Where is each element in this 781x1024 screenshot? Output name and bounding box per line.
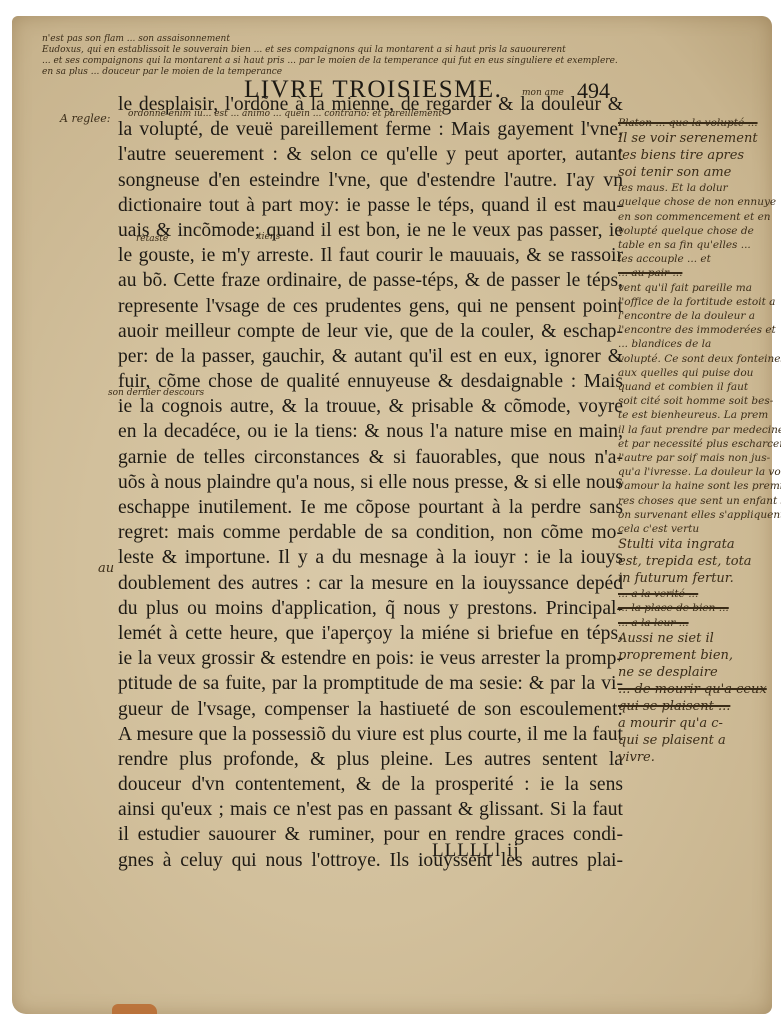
handwritten-note: Stulti vita ingrata [618,536,781,553]
handwritten-note: res choses que sent un enfant si la rais… [618,494,781,508]
text-line: regret: mais comme perdable de sa condit… [118,520,623,545]
text-line: leste & importune. Il y a du mesnage à l… [118,545,623,570]
text-line: lemét à cette heure, que i'aperçoy la mi… [118,621,623,646]
text-line: le gouste, ie m'y arreste. Il faut couri… [118,243,623,268]
handwritten-note: les maus. Et la dolur [618,181,781,195]
handwritten-note: qui se plaisent a [618,732,781,749]
body-text: le desplaisir, l'ordõne à la mienne, de … [118,92,623,873]
handwritten-note: ... a la verité ... [618,587,781,601]
handwritten-note: n'est pas son flam ... son assaisonnemen… [42,34,582,45]
handwritten-note: en son commencement et en [618,210,781,224]
handwritten-note: aux quelles qui puise dou [618,366,781,380]
text-line: auoir meilleur compte de leur vie, que d… [118,319,623,344]
handwritten-note: soi tenir son ame [618,164,781,181]
handwritten-note: les accouple ... et [618,252,781,266]
handwritten-note: in futurum fertur. [618,570,781,587]
handwritten-note: ... de mourir qu'a ceux [618,681,781,698]
text-line: per: de la passer, gauchir, & autant qu'… [118,344,623,369]
handwritten-note: qu'a l'ivresse. La douleur la volupté [618,465,781,479]
handwritten-note: ... et ses compaignons qui la montarent … [42,56,582,67]
text-line: songneuse d'en esteindre l'vne, que d'es… [118,168,623,193]
handwritten-note: ... a la leur ... [618,616,781,630]
handwritten-note: l'amour la haine sont les premie- [618,479,781,493]
text-line: ie la veux grossir & estendre en pois: i… [118,646,623,671]
text-line: ie la cognois autre, & la trouue, & pris… [118,394,623,419]
text-line: du plus ou moins d'application, q̃ nous … [118,596,623,621]
handwritten-note: Aussi ne siet il [618,630,781,647]
handwritten-note: les biens tire apres [618,147,781,164]
book-page: n'est pas son flam ... son assaisonnemen… [12,16,772,1014]
handwritten-note: soit cité soit homme soit bes- [618,394,781,408]
text-line: uõs à nous plaindre qu'a nous, si elle n… [118,470,623,495]
text-line: il estudier sauourer & ruminer, pour en … [118,822,623,847]
text-line: le desplaisir, l'ordõne à la mienne, de … [118,92,623,117]
right-margin-annotations: Platon ... que la volupté ... Il se voir… [618,116,781,766]
handwritten-note: l'encontre de la douleur a [618,309,781,323]
handwritten-note: est, trepida est, tota [618,553,781,570]
handwritten-note: il la faut prendre par medecine [618,423,781,437]
text-line: A mesure que la possessiõ du viure est p… [118,722,623,747]
text-line: la volupté, de veuë pareillement ferme :… [118,117,623,142]
handwritten-note: volupté quelque chose de [618,224,781,238]
handwritten-note: qui se plaisent ... [618,698,781,715]
text-line: fuir, cõme chose de qualité ennuyeuse & … [118,369,623,394]
handwritten-note: cela c'est vertu [618,522,781,536]
text-line: douceur d'vn contentement, & de la prosp… [118,772,623,797]
text-line: en la decadéce, ou ie la tiens: & nous l… [118,419,623,444]
handwritten-note: et par necessité plus escharcement [618,437,781,451]
text-line: gueur de l'vsage, compenser la hastiueté… [118,697,623,722]
handwritten-note: l'autre par soif mais non jus- [618,451,781,465]
handwritten-note: Eudoxus, qui en establissoit le souverai… [42,45,582,56]
text-line: l'autre seuerement : & selon ce qu'elle … [118,142,623,167]
handwritten-note: ... blandices de la [618,337,781,351]
text-line: rendre plus profonde, & plus pleine. Les… [118,747,623,772]
handwritten-note: l'office de la fortitude estoit a [618,295,781,309]
text-line: represente l'vsage de ces prudentes gens… [118,294,623,319]
handwritten-note: volupté. Ce sont deux fonteines [618,352,781,366]
handwritten-note: proprement bien, [618,647,781,664]
handwritten-note: vivre. [618,749,781,766]
text-line: eschappe inutilement. Ie me cõpose pourt… [118,495,623,520]
signature-mark: LLLLLl ij [432,840,520,862]
handwritten-note: ... la place de bien ... [618,601,781,615]
handwritten-note: vent qu'il fait pareille ma [618,281,781,295]
text-line: ptitude de sa fuite, par la promptitude … [118,671,623,696]
handwritten-note: quand et combien il faut [618,380,781,394]
handwritten-note: table en sa fin qu'elles ... [618,238,781,252]
handwritten-note: quelque chose de non ennuye [618,195,781,209]
text-line: garnie de telles circonstances & si fauo… [118,445,623,470]
text-line: uais & incõmode; quand il est bon, ie ne… [118,218,623,243]
text-line: ainsi qu'eux ; mais ce n'est pas en pass… [118,797,623,822]
handwritten-note: Platon ... que la volupté ... [618,116,781,130]
handwritten-note: ne se desplaire [618,664,781,681]
left-margin-note: au [98,561,114,576]
handwritten-note: Il se voir serenement [618,130,781,147]
text-line: gnes à celuy qui nous l'ottroye. Ils iou… [118,848,623,873]
handwritten-note: te est bienheureus. La prem [618,408,781,422]
left-margin-note: A reglee: [60,112,111,125]
text-line: doublement des autres : car la mesure en… [118,571,623,596]
text-line: au bõ. Cette fraze ordinaire, de passe-t… [118,268,623,293]
top-margin-annotations: n'est pas son flam ... son assaisonnemen… [42,34,582,78]
handwritten-note: on survenant elles s'appliquent a elle [618,508,781,522]
text-line: dictionaire tout à part moy: ie passe le… [118,193,623,218]
handwritten-note: ... au pair ... [618,266,781,280]
handwritten-note: a mourir qu'a c- [618,715,781,732]
handwritten-note: l'encontre des immoderées et [618,323,781,337]
